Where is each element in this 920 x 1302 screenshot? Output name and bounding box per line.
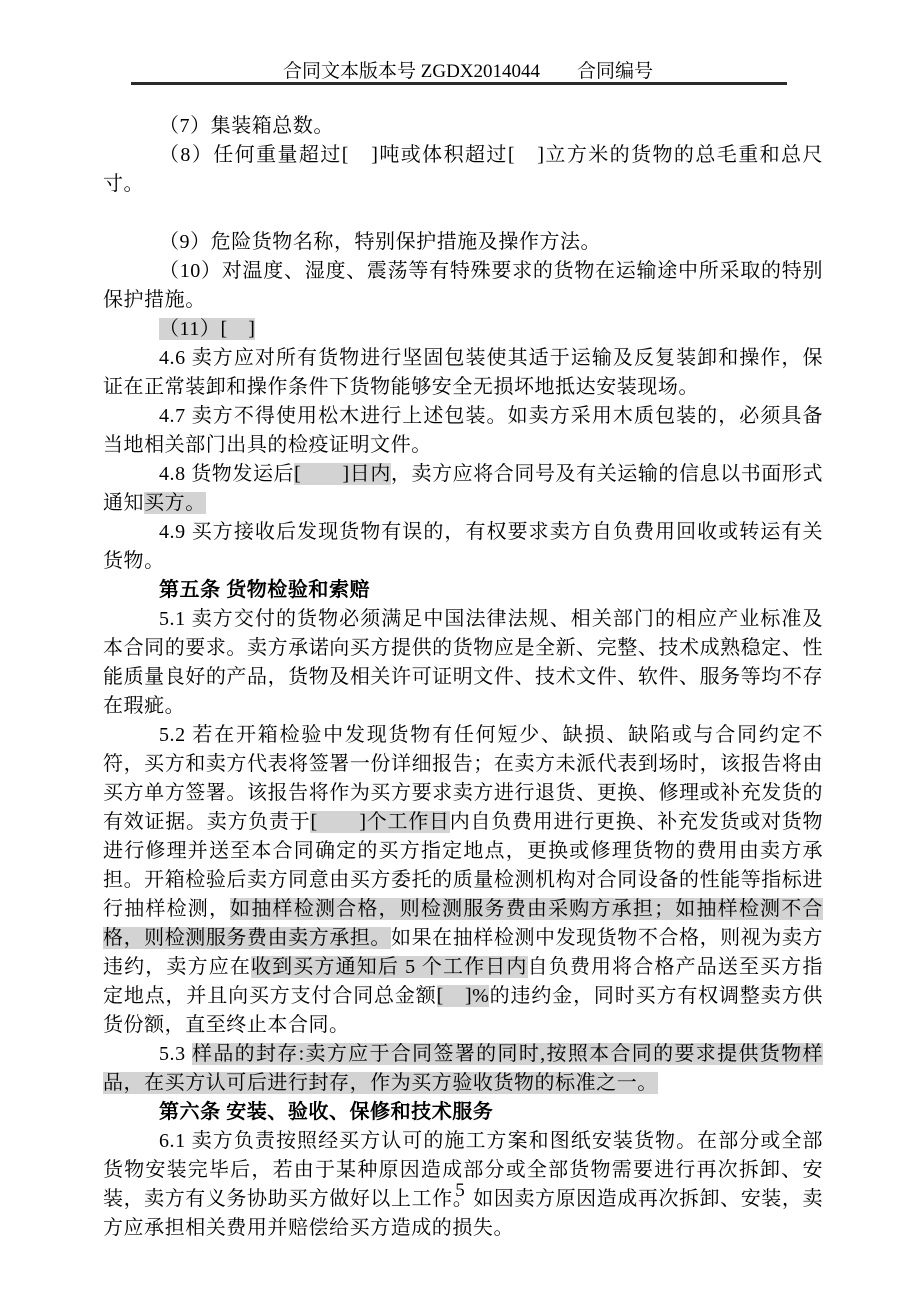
- paragraph: 5.3 样品的封存:卖方应于合同签署的同时,按照本合同的要求提供货物样品，在买方…: [103, 1040, 823, 1098]
- paragraph: 4.7 卖方不得使用松木进行上述包装。如卖方采用木质包装的，必须具备当地相关部门…: [103, 402, 823, 460]
- text-run: 5.3: [159, 1043, 192, 1065]
- contract-number-label: 合同编号: [577, 56, 653, 83]
- section-heading: 第六条 安装、验收、保修和技术服务: [103, 1098, 823, 1127]
- paragraph: 5.1 卖方交付的货物必须满足中国法律法规、相关部门的相应产业标准及本合同的要求…: [103, 605, 823, 721]
- text-run: 5.1 卖方交付的货物必须满足中国法律法规、相关部门的相应产业标准及本合同的要求…: [103, 608, 823, 717]
- text-run: （10）对温度、湿度、震荡等有特殊要求的货物在运输途中所采取的特别保护措施。: [103, 260, 823, 311]
- text-run: 4.8 货物发运后: [159, 463, 294, 485]
- highlighted-text: [ ]日内: [294, 463, 391, 485]
- paragraph: （10）对温度、湿度、震荡等有特殊要求的货物在运输途中所采取的特别保护措施。: [103, 257, 823, 315]
- text-run: 第五条 货物检验和索赔: [159, 579, 370, 601]
- text-run: 4.9 买方接收后发现货物有误的，有权要求卖方自负费用回收或转运有关货物。: [103, 521, 823, 572]
- paragraph: （8）任何重量超过[ ]吨或体积超过[ ]立方米的货物的总毛重和总尺寸。: [103, 141, 823, 199]
- text-run: （9）危险货物名称，特别保护措施及操作方法。: [159, 231, 601, 253]
- paragraph: 4.8 货物发运后[ ]日内，卖方应将合同号及有关运输的信息以书面形式通知买方。: [103, 460, 823, 518]
- page-header: 合同文本版本号 ZGDX2014044 合同编号: [0, 56, 920, 84]
- text-run: 第六条 安装、验收、保修和技术服务: [159, 1101, 493, 1123]
- contract-version-label: 合同文本版本号 ZGDX2014044: [283, 56, 540, 83]
- text-run: 4.7 卖方不得使用松木进行上述包装。如卖方采用木质包装的，必须具备当地相关部门…: [103, 405, 823, 456]
- highlighted-text: 收到买方通知后 5 个工作日内: [251, 956, 528, 978]
- document-body: （7）集装箱总数。（8）任何重量超过[ ]吨或体积超过[ ]立方米的货物的总毛重…: [103, 112, 823, 1243]
- highlighted-text: 样品的封存:卖方应于合同签署的同时,按照本合同的要求提供货物样品，在买方认可后进…: [103, 1043, 823, 1094]
- paragraph: （9）危险货物名称，特别保护措施及操作方法。: [103, 228, 823, 257]
- section-heading: 第五条 货物检验和索赔: [103, 576, 823, 605]
- highlighted-text: 买方。: [144, 492, 206, 514]
- highlighted-text: [ ]个工作日: [310, 811, 449, 833]
- text-run: （7）集装箱总数。: [159, 115, 334, 137]
- text-run: （8）任何重量超过[ ]吨或体积超过[ ]立方米的货物的总毛重和总尺寸。: [103, 144, 823, 195]
- paragraph: （11）[ ]: [103, 315, 823, 344]
- blank-line: [103, 199, 823, 228]
- paragraph: （7）集装箱总数。: [103, 112, 823, 141]
- header-divider: [131, 82, 787, 85]
- text-run: 4.6 卖方应对所有货物进行坚固包装使其适于运输及反复装卸和操作，保证在正常装卸…: [103, 347, 823, 398]
- paragraph: 5.2 若在开箱检验中发现货物有任何短少、缺损、缺陷或与合同约定不符，买方和卖方…: [103, 721, 823, 1040]
- page-number: 5: [0, 1180, 920, 1202]
- paragraph: 4.6 卖方应对所有货物进行坚固包装使其适于运输及反复装卸和操作，保证在正常装卸…: [103, 344, 823, 402]
- highlighted-text: [ ]%: [437, 985, 490, 1007]
- contract-page: 合同文本版本号 ZGDX2014044 合同编号 （7）集装箱总数。（8）任何重…: [0, 0, 920, 1302]
- highlighted-text: （11）[ ]: [159, 318, 255, 340]
- paragraph: 4.9 买方接收后发现货物有误的，有权要求卖方自负费用回收或转运有关货物。: [103, 518, 823, 576]
